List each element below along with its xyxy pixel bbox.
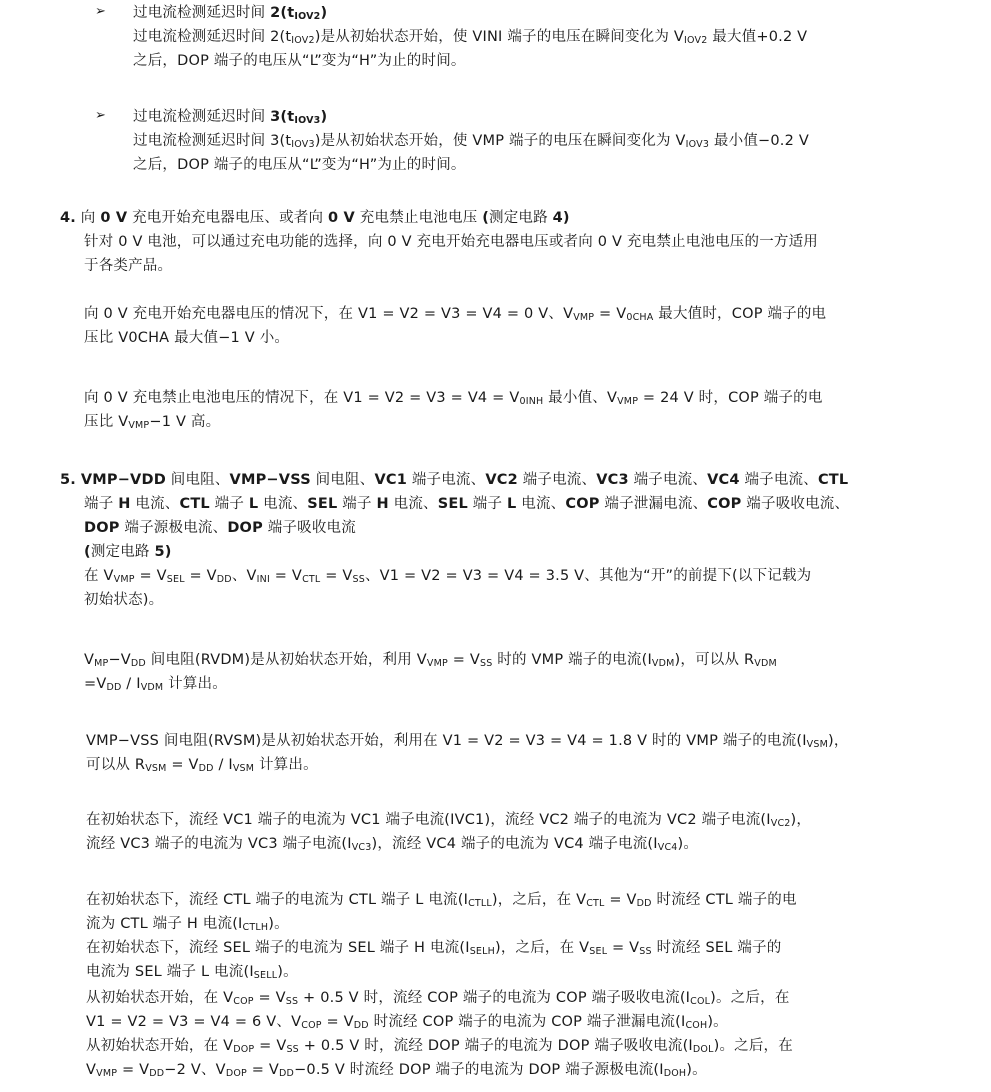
title-bold: 2(t [270, 5, 294, 21]
text: )，之后，在 V [492, 892, 586, 908]
text: 端子泄漏电流、 [600, 496, 708, 512]
subscript: DD [217, 574, 232, 585]
bullet-text-line: 之后，DOP 端子的电压从“L”变为“H”为止的时间。 [133, 155, 466, 175]
sel-current-line: 在初始状态下，流经 SEL 端子的电流为 SEL 端子 H 电流(ISELH)，… [86, 938, 781, 958]
text: )，流经 VC4 端子的电流为 VC4 端子电流(I [372, 836, 658, 852]
text: 端子电流、 [740, 472, 818, 488]
cop-current-line: 从初始状态开始，在 VCOP = VSS + 0.5 V 时，流经 COP 端子… [86, 988, 790, 1008]
text: = V [247, 1062, 279, 1078]
rvsm-line: VMP−VSS 间电阻(RVSM)是从初始状态开始，利用在 V1 = V2 = … [86, 731, 849, 751]
subscript: SS [286, 996, 298, 1007]
text: −0.5 V 时流经 DOP 端子的电流为 DOP 端子源极电流(I [294, 1062, 664, 1078]
subscript: MP [94, 658, 108, 669]
text: 、V1 = V2 = V3 = V4 = 3.5 V、其他为“开”的前提下(以下… [365, 568, 811, 584]
bullet-text-line: 过电流检测延迟时间 3(tIOV3)是从初始状态开始，使 VMP 端子的电压在瞬… [133, 131, 809, 151]
title-close: ) [320, 5, 327, 21]
bold-text: SEL [307, 496, 337, 512]
text: 电流、 [258, 496, 307, 512]
subscript: IOV3 [291, 139, 314, 150]
subscript: VMP [114, 574, 135, 585]
bold-text: VMP−VDD [81, 472, 166, 488]
subscript: SELL [254, 970, 277, 981]
title-sub: IOV3 [294, 115, 320, 126]
text: 最大值+0.2 V [707, 29, 807, 45]
text: + 0.5 V 时，流经 DOP 端子的电流为 DOP 端子吸收电流(I [299, 1038, 693, 1054]
subscript: VC4 [658, 842, 678, 853]
section-5-heading-line-3: DOP 端子源极电流、DOP 端子吸收电流 [84, 518, 356, 538]
bold-text: 0 V [100, 210, 127, 226]
subscript: DOL [693, 1044, 714, 1055]
bullet-arrow-icon: ➢ [95, 4, 106, 19]
text: 在初始状态下，流经 CTL 端子的电流为 CTL 端子 L 电流(I [86, 892, 468, 908]
subscript: IOV3 [686, 139, 709, 150]
text: 测定电路 [489, 210, 553, 226]
subscript: DD [279, 1068, 294, 1079]
text: 端子 [84, 496, 118, 512]
bold-text: ( [482, 210, 489, 226]
text: 端子 [337, 496, 376, 512]
title-close: ) [320, 109, 327, 125]
subscript: DD [106, 682, 121, 693]
bold-text: VC4 [707, 472, 740, 488]
text: = 24 V 时，COP 端子的电 [638, 390, 822, 406]
section-4-intro-line: 于各类产品。 [84, 256, 172, 276]
subscript: SEL [167, 574, 185, 585]
text: V [86, 1062, 96, 1078]
text: 电流、 [131, 496, 180, 512]
title-bold: 3(t [270, 109, 294, 125]
subscript: 0CHA [626, 312, 653, 323]
text: )。 [277, 964, 298, 980]
text: 时流经 CTL 端子的电 [652, 892, 797, 908]
text: = V [167, 757, 199, 773]
text: )。 [686, 1062, 707, 1078]
text: = V [135, 568, 167, 584]
initial-state-line-2: 初始状态)。 [84, 590, 163, 610]
text: )。之后，在 [710, 990, 789, 1006]
cop-current-line-2: V1 = V2 = V3 = V4 = 6 V、VCOP = VDD 时流经 C… [86, 1012, 728, 1032]
text: )，之后，在 V [495, 940, 589, 956]
bold-text: DOP [227, 520, 263, 536]
text: 端子电流、 [629, 472, 707, 488]
bold-text: 4) [553, 210, 570, 226]
text: 电流为 SEL 端子 L 电流(I [86, 964, 254, 980]
section-4-start-para-2: 压比 V0CHA 最大值−1 V 小。 [84, 328, 289, 348]
text: 间电阻(RVDM)是从初始状态开始，利用 V [146, 652, 427, 668]
title-sub: IOV2 [294, 11, 320, 22]
text: )。 [268, 916, 289, 932]
subscript: VC3 [352, 842, 372, 853]
bold-text: COP [565, 496, 599, 512]
section-4-intro-line: 针对 0 V 电池，可以通过充电功能的选择，向 0 V 充电开始充电器电压或者向… [84, 232, 818, 252]
text: 端子 [210, 496, 249, 512]
bold-text: VC1 [374, 472, 407, 488]
text: 端子吸收电流、 [742, 496, 850, 512]
vc-currents-line-2: 流经 VC3 端子的电流为 VC3 端子电流(IVC3)，流经 VC4 端子的电… [86, 834, 698, 854]
subscript: DD [199, 763, 214, 774]
subscript: VSM [807, 739, 828, 750]
subscript: VC2 [771, 818, 791, 829]
text: / I [122, 676, 141, 692]
bold-text: DOP [84, 520, 120, 536]
subscript: DD [637, 898, 652, 909]
subscript: CTLL [468, 898, 492, 909]
text: 向 0 V 充电开始充电器电压的情况下，在 V1 = V2 = V3 = V4 … [84, 306, 573, 322]
text: 端子 [468, 496, 507, 512]
text: = V [270, 568, 302, 584]
subscript: COP [233, 996, 253, 1007]
text: 向 [76, 210, 100, 226]
text: 端子源极电流、 [120, 520, 228, 536]
bold-text: CTL [818, 472, 848, 488]
text: )， [791, 812, 812, 828]
subscript: DOH [664, 1068, 687, 1079]
ctl-current-line-2: 流为 CTL 端子 H 电流(ICTLH)。 [86, 914, 289, 934]
section-5-heading: 5. VMP−VDD 间电阻、VMP−VSS 间电阻、VC1 端子电流、VC2 … [60, 470, 848, 490]
title-text: 过电流检测延迟时间 [133, 109, 270, 125]
text: =V [84, 676, 106, 692]
subscript: 0INH [519, 396, 543, 407]
text: 时流经 SEL 端子的 [652, 940, 782, 956]
sel-current-line-2: 电流为 SEL 端子 L 电流(ISELL)。 [86, 962, 298, 982]
text: = V [605, 892, 637, 908]
text: 在初始状态下，流经 SEL 端子的电流为 SEL 端子 H 电流(I [86, 940, 470, 956]
text: 电流、 [389, 496, 438, 512]
text: )。 [707, 1014, 728, 1030]
text: V1 = V2 = V3 = V4 = 6 V、V [86, 1014, 301, 1030]
bold-text: VC3 [596, 472, 629, 488]
rvdm-line: VMP−VDD 间电阻(RVDM)是从初始状态开始，利用 VVMP = VSS … [84, 650, 777, 670]
dop-current-line: 从初始状态开始，在 VDOP = VSS + 0.5 V 时，流经 DOP 端子… [86, 1036, 793, 1056]
bullet-text-line: 之后，DOP 端子的电压从“L”变为“H”为止的时间。 [133, 51, 466, 71]
subscript: DOP [233, 1044, 254, 1055]
text: −1 V 高。 [149, 414, 220, 430]
dop-current-line-2: VVMP = VDD−2 V、VDOP = VDD−0.5 V 时流经 DOP … [86, 1060, 707, 1080]
text: 在初始状态下，流经 VC1 端子的电流为 VC1 端子电流(IVC1)，流经 V… [86, 812, 771, 828]
text: 压比 V [84, 414, 128, 430]
text: −V [108, 652, 130, 668]
subscript: VMP [573, 312, 594, 323]
text: 过电流检测延迟时间 2(t [133, 29, 291, 45]
subscript: VMP [427, 658, 448, 669]
subscript: CTLH [243, 922, 269, 933]
bold-text: COP [707, 496, 741, 512]
subscript: SS [353, 574, 365, 585]
subscript: VDM [141, 682, 164, 693]
text: 充电禁止电池电压 [355, 210, 482, 226]
section-5-circuit-ref: (测定电路 5) [84, 542, 172, 562]
subscript: CTL [302, 574, 320, 585]
bold-text: L [249, 496, 258, 512]
text: 时的 VMP 端子的电流(I [492, 652, 651, 668]
subscript: DD [354, 1020, 369, 1031]
section-4-inhibit-para-2: 压比 VVMP−1 V 高。 [84, 412, 220, 432]
subscript: VSM [145, 763, 166, 774]
text: 充电开始充电器电压、或者向 [127, 210, 328, 226]
text: 测定电路 [91, 544, 155, 560]
text: 时流经 COP 端子的电流为 COP 端子泄漏电流(I [369, 1014, 686, 1030]
bullet-text-line: 过电流检测延迟时间 2(tIOV2)是从初始状态开始，使 VINI 端子的电压在… [133, 27, 807, 47]
subscript: COH [685, 1020, 707, 1031]
text: 端子电流、 [518, 472, 596, 488]
bold-text: 0 V [328, 210, 355, 226]
subscript: SS [480, 658, 492, 669]
subscript: SELH [470, 946, 495, 957]
text: 最小值−0.2 V [709, 133, 809, 149]
text: 在 V [84, 568, 114, 584]
text: )。 [678, 836, 699, 852]
text: 最大值时，COP 端子的电 [653, 306, 826, 322]
text: = V [254, 990, 286, 1006]
section-number: 5. [60, 472, 76, 488]
bullet-arrow-icon: ➢ [95, 108, 106, 123]
bold-text: VC2 [485, 472, 518, 488]
text: 、V [232, 568, 257, 584]
text: 可以从 R [86, 757, 145, 773]
subscript: SS [639, 946, 651, 957]
text: )是从初始状态开始，使 VMP 端子的电压在瞬间变化为 V [315, 133, 686, 149]
text: )。之后，在 [714, 1038, 793, 1054]
text: 间电阻、 [166, 472, 230, 488]
heading-line: VMP−VDD 间电阻、VMP−VSS 间电阻、VC1 端子电流、VC2 端子电… [81, 472, 849, 488]
text: = V [322, 1014, 354, 1030]
text: 端子电流、 [407, 472, 485, 488]
text: 电流、 [516, 496, 565, 512]
bold-text: H [118, 496, 130, 512]
subscript: VSM [233, 763, 254, 774]
vc-currents-line: 在初始状态下，流经 VC1 端子的电流为 VC1 端子电流(IVC1)，流经 V… [86, 810, 811, 830]
section-5-heading-line-2: 端子 H 电流、CTL 端子 L 电流、SEL 端子 H 电流、SEL 端子 L… [84, 494, 849, 514]
text: 间电阻、 [311, 472, 375, 488]
subscript: VMP [128, 420, 149, 431]
title-text: 过电流检测延迟时间 [133, 5, 270, 21]
subscript: VMP [96, 1068, 117, 1079]
text: = V [448, 652, 480, 668]
text: 计算出。 [163, 676, 227, 692]
text: = V [117, 1062, 149, 1078]
text: = V [594, 306, 626, 322]
subscript: SEL [589, 946, 607, 957]
text: = V [320, 568, 352, 584]
bold-text: 5) [154, 544, 171, 560]
text: 流为 CTL 端子 H 电流(I [86, 916, 243, 932]
bold-text: SEL [438, 496, 468, 512]
section-4-start-para: 向 0 V 充电开始充电器电压的情况下，在 V1 = V2 = V3 = V4 … [84, 304, 826, 324]
text: −2 V、V [164, 1062, 226, 1078]
text: )，可以从 R [675, 652, 755, 668]
text: VMP−VSS 间电阻(RVSM)是从初始状态开始，利用在 V1 = V2 = … [86, 733, 807, 749]
text: 从初始状态开始，在 V [86, 990, 233, 1006]
subscript: VDM [652, 658, 675, 669]
subscript: IOV2 [291, 35, 314, 46]
text: 端子吸收电流 [263, 520, 356, 536]
subscript: DD [131, 658, 146, 669]
initial-state-line: 在 VVMP = VSEL = VDD、VINI = VCTL = VSS、V1… [84, 566, 811, 586]
text: = V [607, 940, 639, 956]
bold-text: H [377, 496, 389, 512]
text: / I [214, 757, 233, 773]
bullet-title-tiov3: 过电流检测延迟时间 3(tIOV3) [133, 107, 327, 127]
section-4-heading: 4. 向 0 V 充电开始充电器电压、或者向 0 V 充电禁止电池电压 (测定电… [60, 208, 570, 228]
subscript: DOP [226, 1068, 247, 1079]
subscript: VDM [754, 658, 777, 669]
text: = V [254, 1038, 286, 1054]
section-number: 4. [60, 210, 76, 226]
subscript: VMP [617, 396, 638, 407]
section-4-inhibit-para: 向 0 V 充电禁止电池电压的情况下，在 V1 = V2 = V3 = V4 =… [84, 388, 823, 408]
subscript: DD [149, 1068, 164, 1079]
text: )是从初始状态开始，使 VINI 端子的电压在瞬间变化为 V [315, 29, 684, 45]
text: 流经 VC3 端子的电流为 VC3 端子电流(I [86, 836, 352, 852]
text: 过电流检测延迟时间 3(t [133, 133, 291, 149]
bold-text: ( [84, 544, 91, 560]
ctl-current-line: 在初始状态下，流经 CTL 端子的电流为 CTL 端子 L 电流(ICTLL)，… [86, 890, 797, 910]
rvdm-line-2: =VDD / IVDM 计算出。 [84, 674, 227, 694]
subscript: CTL [586, 898, 604, 909]
subscript: IOV2 [684, 35, 707, 46]
subscript: COP [301, 1020, 321, 1031]
rvsm-line-2: 可以从 RVSM = VDD / IVSM 计算出。 [86, 755, 318, 775]
subscript: INI [257, 574, 270, 585]
subscript: SS [286, 1044, 298, 1055]
text: )， [828, 733, 849, 749]
bullet-title-tiov2: 过电流检测延迟时间 2(tIOV2) [133, 3, 327, 23]
text: + 0.5 V 时，流经 COP 端子的电流为 COP 端子吸收电流(I [298, 990, 690, 1006]
text: 计算出。 [254, 757, 318, 773]
text: 从初始状态开始，在 V [86, 1038, 233, 1054]
subscript: COL [690, 996, 710, 1007]
text: = V [185, 568, 217, 584]
text: 向 0 V 充电禁止电池电压的情况下，在 V1 = V2 = V3 = V4 =… [84, 390, 519, 406]
bold-text: CTL [179, 496, 209, 512]
text: 最小值、V [543, 390, 617, 406]
text: V [84, 652, 94, 668]
bold-text: VMP−VSS [230, 472, 311, 488]
